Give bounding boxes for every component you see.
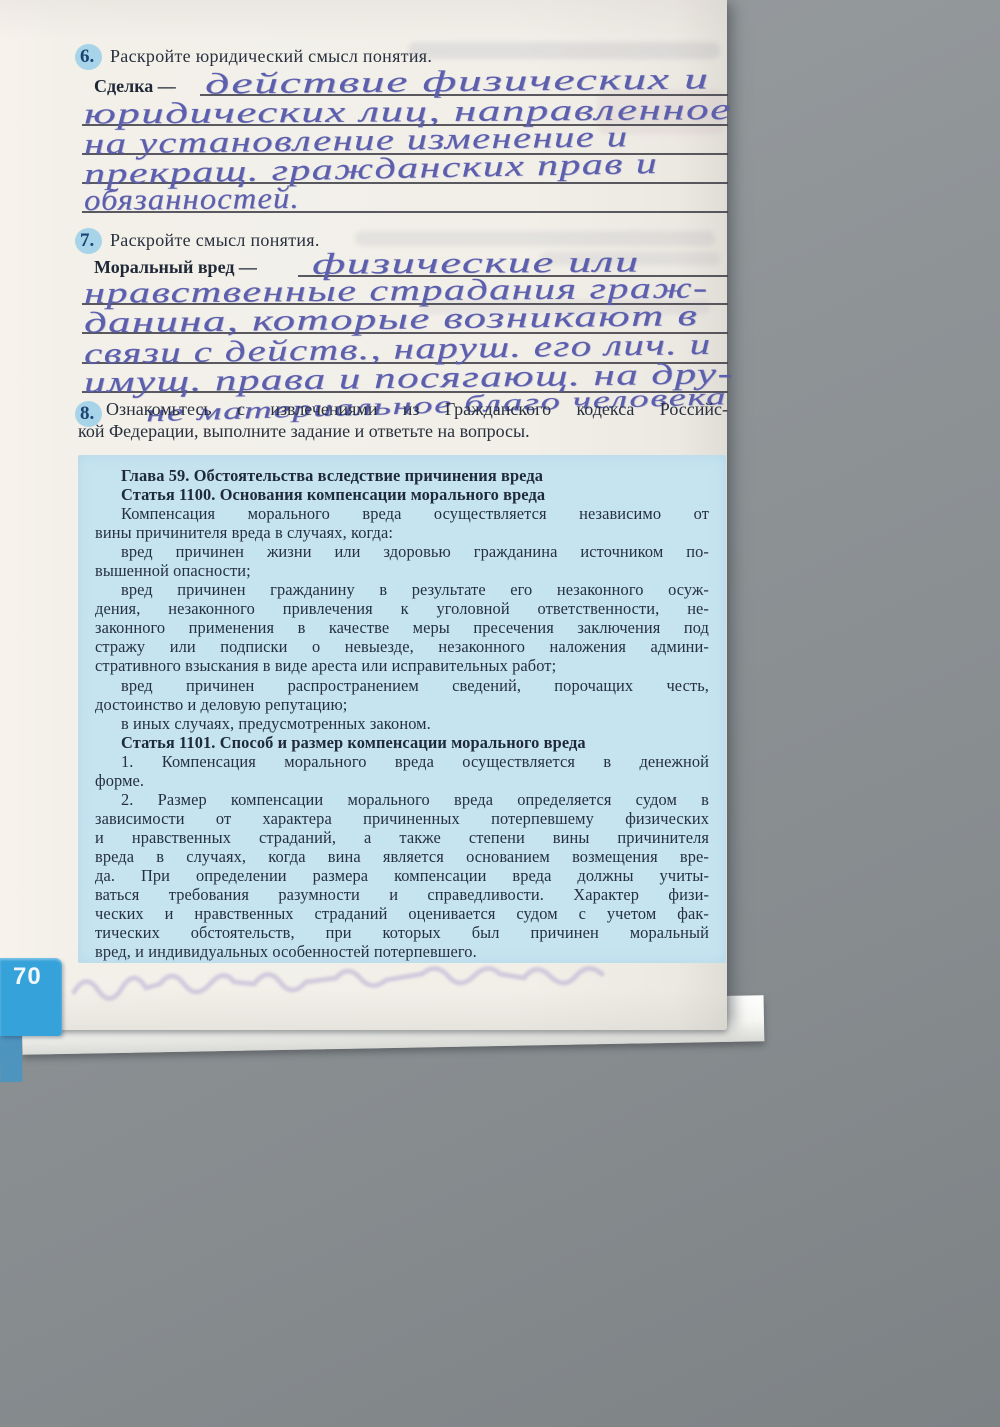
excerpt-line: законного применения в качестве меры пре…: [95, 618, 709, 637]
excerpt-line: дения, незаконного привлечения к уголовн…: [95, 599, 709, 618]
excerpt-line: тических обстоятельств, при которых был …: [95, 923, 709, 942]
task-6-term: Сделка —: [94, 76, 176, 97]
excerpt-line: зависимости от характера причиненных пот…: [95, 809, 709, 828]
faint-handwriting: [66, 960, 736, 1012]
excerpt-line: Компенсация морального вреда осуществляе…: [95, 504, 709, 523]
excerpt-line: вред причинен распространением сведений,…: [95, 676, 709, 695]
excerpt-line: Статья 1100. Основания компенсации морал…: [95, 485, 709, 504]
task-8-prompt-line: кой Федерации, выполните задание и ответ…: [78, 421, 728, 442]
excerpt-line: вины причинителя вреда в случаях, когда:: [95, 523, 709, 542]
excerpt-line: форме.: [95, 771, 709, 790]
excerpt-line: 1. Компенсация морального вреда осуществ…: [95, 752, 709, 771]
code-excerpt-text: Глава 59. Обстоятельства вследствие прич…: [95, 466, 709, 961]
page-number: 70: [13, 963, 42, 991]
excerpt-line: 2. Размер компенсации морального вреда о…: [95, 790, 709, 809]
excerpt-line: вред причинен гражданину в результате ег…: [95, 580, 709, 599]
excerpt-line: стражу или подписки о невыезде, незаконн…: [95, 637, 709, 656]
excerpt-line: вышенной опасности;: [95, 561, 709, 580]
excerpt-line: ваться требования разумности и справедли…: [95, 885, 709, 904]
excerpt-line: Статья 1101. Способ и размер компенсации…: [95, 733, 709, 752]
task-7-prompt: Раскройте смысл понятия.: [110, 230, 320, 251]
task-number: 7.: [80, 230, 94, 252]
excerpt-line: и нравственных страданий, а также степен…: [95, 828, 709, 847]
excerpt-line: вред причинен жизни или здоровью граждан…: [95, 542, 709, 561]
excerpt-line: достоинство и деловую репутацию;: [95, 695, 709, 714]
bleed-through: [355, 231, 715, 246]
excerpt-line: Глава 59. Обстоятельства вследствие прич…: [95, 466, 709, 485]
code-excerpt-block: Глава 59. Обстоятельства вследствие прич…: [78, 455, 726, 963]
task-6-prompt: Раскройте юридический смысл понятия.: [110, 46, 432, 67]
bleed-through: [408, 42, 720, 59]
workbook-page: 6. Раскройте юридический смысл понятия. …: [0, 0, 727, 1030]
excerpt-line: в иных случаях, предусмотренных законом.: [95, 714, 709, 733]
task-8-prompt-line: Ознакомьтесь с извлечениями из Гражданск…: [106, 399, 728, 420]
excerpt-line: стративного взыскания в виде ареста или …: [95, 656, 709, 675]
handwriting-line: обязанностей.: [84, 182, 282, 217]
excerpt-line: вред, и индивидуальных особенностей поте…: [95, 942, 709, 961]
excerpt-line: да. При определении размера компенсации …: [95, 866, 709, 885]
excerpt-line: вреда в случаях, когда вина является осн…: [95, 847, 709, 866]
workbook-photo: 6. Раскройте юридический смысл понятия. …: [0, 0, 1000, 1427]
excerpt-line: ческих и нравственных страданий оценивае…: [95, 904, 709, 923]
page-number-tab: 70: [0, 958, 62, 1036]
task-number: 6.: [80, 46, 94, 68]
